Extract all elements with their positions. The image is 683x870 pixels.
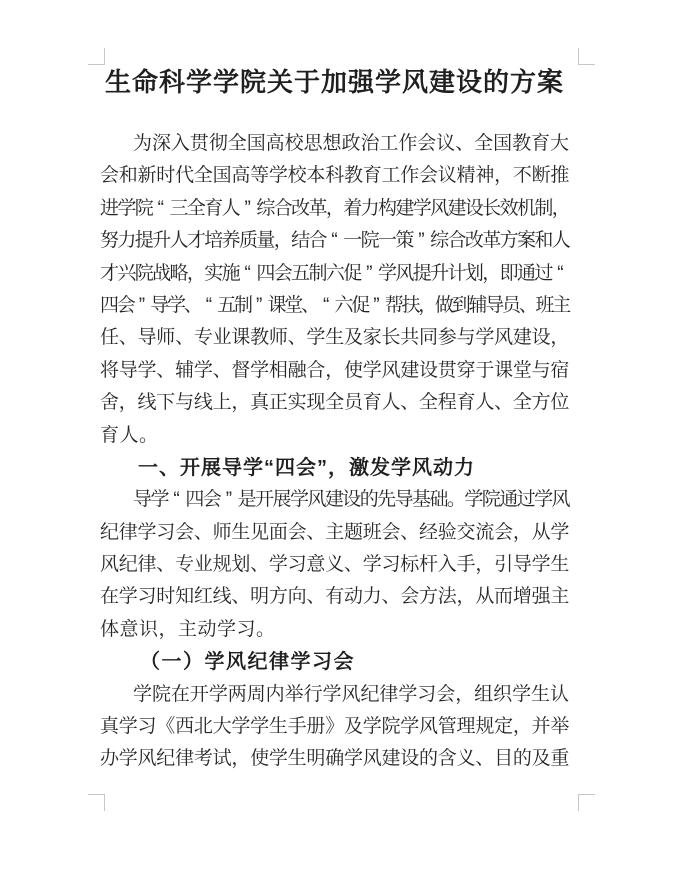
margin-corner-mark-top-right (578, 48, 595, 65)
body-text-line: 学院在开学两周内举行学风纪律学习会，组织学生认 (100, 679, 569, 711)
document-title: 生命科学学院关于加强学风建设的方案 (100, 62, 569, 102)
heading2-line: （一）学风纪律学习会 (100, 646, 569, 678)
document-page: 生命科学学院关于加强学风建设的方案 为深入贯彻全国高校思想政治工作会议、全国教育… (0, 0, 683, 870)
body-text-line: 真学习《西北大学学生手册》及学院学风管理规定，并举 (100, 711, 569, 743)
body-text-line: 风纪律、专业规划、学习意义、学习标杆入手，引导学生 (100, 549, 569, 581)
body-text-line: 为深入贯彻全国高校思想政治工作会议、全国教育大 (100, 128, 569, 160)
body-text-line: 会和新时代全国高等学校本科教育工作会议精神，不断推 (100, 160, 569, 192)
body-text-line: 任、导师、专业课教师、学生及家长共同参与学风建设， (100, 322, 569, 354)
heading1-line: 一、开展导学“四会”，激发学风动力 (100, 452, 569, 484)
margin-corner-mark-bottom-left (88, 794, 105, 811)
body-text-line: 舍，线下与线上，真正实现全员育人、全程育人、全方位 (100, 387, 569, 419)
body-text-line: 努力提升人才培养质量，结合“一院一策”综合改革方案和人 (100, 225, 569, 257)
body-text-line: 办学风纪律考试，使学生明确学风建设的含义、目的及重 (100, 743, 569, 775)
first-line-indent (100, 679, 133, 711)
document-body: 为深入贯彻全国高校思想政治工作会议、全国教育大会和新时代全国高等学校本科教育工作… (100, 128, 569, 776)
body-text-line: 导学“四会”是开展学风建设的先导基础。学院通过学风 (100, 484, 569, 516)
first-line-indent (100, 484, 133, 516)
body-text-line: 体意识，主动学习。 (100, 614, 569, 646)
body-text-line: 进学院“三全育人”综合改革，着力构建学风建设长效机制， (100, 193, 569, 225)
body-text-line: 育人。 (100, 420, 569, 452)
first-line-indent (100, 128, 133, 160)
body-text-line: 纪律学习会、师生见面会、主题班会、经验交流会，从学 (100, 517, 569, 549)
body-text-line: 将导学、辅学、督学相融合，使学风建设贯穿于课堂与宿 (100, 355, 569, 387)
body-text-line: 在学习时知红线、明方向、有动力、会方法，从而增强主 (100, 581, 569, 613)
margin-corner-mark-bottom-right (578, 794, 595, 811)
body-text-line: 才兴院战略，实施“四会五制六促”学风提升计划，即通过“ (100, 258, 569, 290)
body-text-line: 四会”导学、“五制”课堂、“六促”帮扶，做到辅导员、班主 (100, 290, 569, 322)
